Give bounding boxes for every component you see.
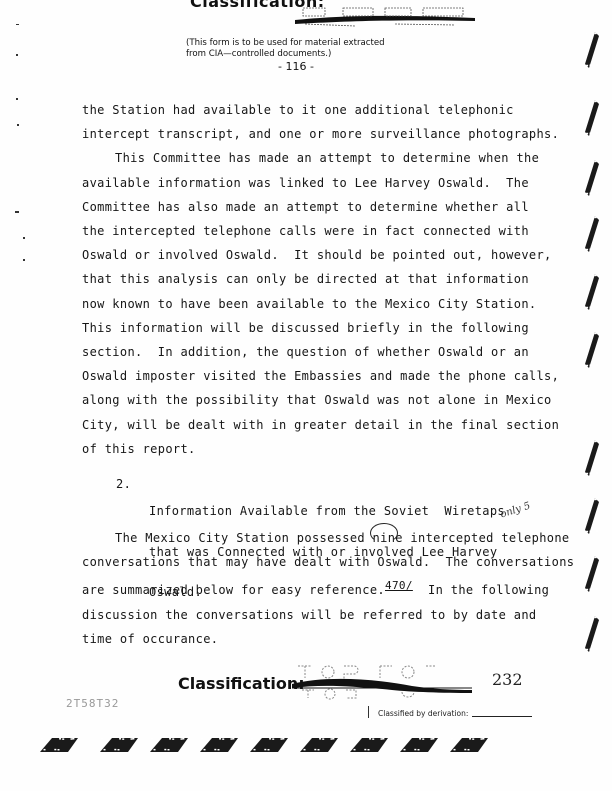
text-fragment: intercepted telephone <box>403 531 570 545</box>
text-line: the intercepted telephone calls were in … <box>82 219 572 243</box>
classified-by-derivation: Classified by derivation: <box>368 709 532 718</box>
faded-stamp-number: 2T58T32 <box>66 697 119 710</box>
form-usage-note: (This form is to be used for material ex… <box>186 38 385 60</box>
body-text: the Station had available to it one addi… <box>82 98 572 461</box>
scan-speck <box>16 54 18 56</box>
text-line: that this analysis can only be directed … <box>82 267 572 291</box>
text-line: Committee has also made an attempt to de… <box>82 195 572 219</box>
section-title-line: Information Available from the Soviet Wi… <box>149 505 505 519</box>
text-line: of this report. <box>82 437 572 461</box>
footer-classification-label: Classification: <box>178 674 305 693</box>
derivation-blank-line <box>472 716 532 717</box>
derivation-label: Classified by derivation: <box>378 709 468 718</box>
hatch-mark-icon <box>585 274 599 310</box>
text-fragment: The Mexico City Station possessed <box>115 531 373 545</box>
hatch-mark-icon <box>450 738 488 752</box>
scan-speck <box>23 237 25 239</box>
scan-speck <box>23 259 25 261</box>
hatch-mark-icon <box>100 738 138 752</box>
text-line: This Committee has made an attempt to de… <box>82 146 572 170</box>
hatch-mark-icon <box>200 738 238 752</box>
page-number: - 116 - <box>278 60 314 73</box>
text-line: now known to have been available to the … <box>82 292 572 316</box>
hatch-mark-icon <box>585 332 599 368</box>
form-usage-note-line-1: (This form is to be used for material ex… <box>186 38 385 49</box>
section-number: 2. <box>116 478 131 492</box>
text-line: The Mexico City Station possessed nine i… <box>82 526 572 550</box>
text-line: time of occurance. <box>82 627 572 651</box>
text-line: along with the possibility that Oswald w… <box>82 388 572 412</box>
body-paragraph-3: The Mexico City Station possessed nine i… <box>82 526 572 651</box>
text-line: available information was linked to Lee … <box>82 171 572 195</box>
text-line: section. In addition, the question of wh… <box>82 340 572 364</box>
hatch-mark-icon <box>585 440 599 476</box>
text-line: Oswald imposter visited the Embassies an… <box>82 364 572 388</box>
text-line: discussion the conversations will be ref… <box>82 603 572 627</box>
scan-speck <box>16 98 18 100</box>
redaction-stamp-header <box>295 6 475 28</box>
form-usage-note-line-2: from CIA—controlled documents.) <box>186 49 385 60</box>
text-line: the Station had available to it one addi… <box>82 98 572 122</box>
handwritten-page-number: 232 <box>492 670 523 689</box>
hatch-mark-icon <box>585 32 599 68</box>
scan-speck <box>16 24 19 25</box>
scan-speck <box>15 211 19 213</box>
text-line: are summarized below for easy reference.… <box>82 574 572 602</box>
text-fragment: are summarized below for easy reference. <box>82 583 385 597</box>
hatch-mark-icon <box>350 738 388 752</box>
hatch-mark-icon <box>300 738 338 752</box>
hatch-mark-icon <box>400 738 438 752</box>
hatch-mark-icon <box>585 100 599 136</box>
footnote-reference: 470/ <box>385 579 413 592</box>
hatch-mark-icon <box>585 160 599 196</box>
hatch-mark-icon <box>150 738 188 752</box>
hatch-mark-icon <box>250 738 288 752</box>
text-line: conversations that may have dealt with O… <box>82 550 572 574</box>
hatch-mark-icon <box>585 216 599 252</box>
hatch-mark-icon <box>40 738 78 752</box>
hatch-mark-icon <box>585 498 599 534</box>
text-line: intercept transcript, and one or more su… <box>82 122 572 146</box>
text-line: This information will be discussed brief… <box>82 316 572 340</box>
text-fragment: In the following <box>413 583 549 597</box>
hatch-mark-icon <box>585 616 599 652</box>
text-line: Oswald or involved Oswald. It should be … <box>82 243 572 267</box>
circled-word: nine <box>373 526 403 550</box>
hatch-mark-icon <box>585 556 599 592</box>
scan-speck <box>17 124 19 126</box>
redaction-stamp-footer <box>292 662 472 700</box>
text-line: City, will be dealt with in greater deta… <box>82 413 572 437</box>
document-page: Classification: (This form is to be used… <box>0 0 612 791</box>
